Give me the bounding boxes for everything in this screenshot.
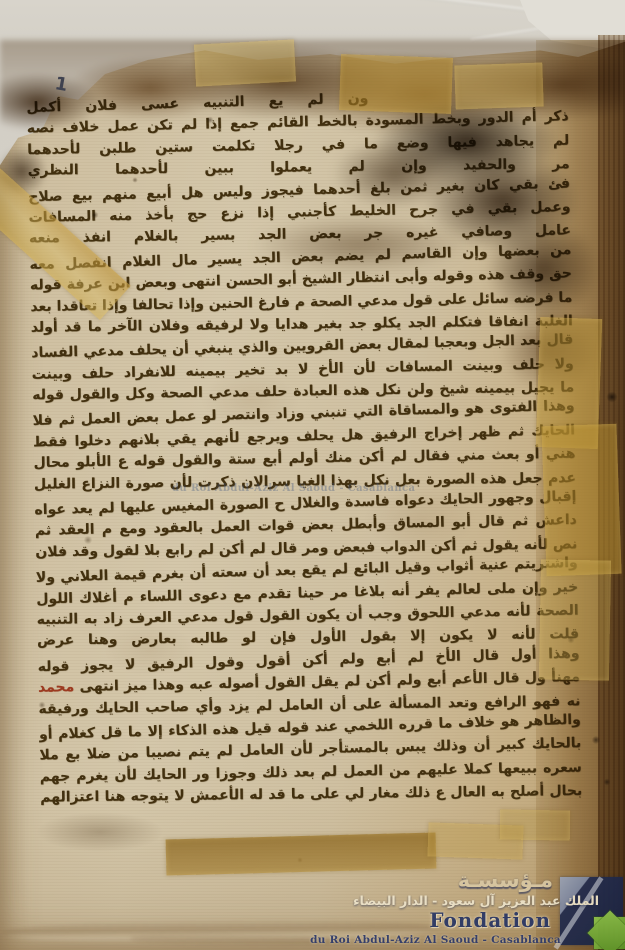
foundation-logo-icon bbox=[560, 877, 623, 945]
foundation-latin-name: du Roi Abdul-Aziz Al Saoud - Casablanca bbox=[310, 934, 561, 946]
foundation-arabic-name: الملك عبد العزيز آل سعود - الدار البيضاء bbox=[353, 893, 599, 908]
foundation-latin-title: Fondation bbox=[429, 908, 551, 932]
foundation-arabic-title: مـؤسسـة bbox=[458, 868, 553, 892]
faint-copyright-watermark: du Roi Abdul-Aziz Al Saoud - Casablanca bbox=[172, 483, 472, 494]
manuscript-text-block: ون لم يع التنبيه عسى فلان أكملذكر أم الد… bbox=[26, 84, 582, 811]
manuscript-photo: { "document": { "folio_number": "1" }, "… bbox=[0, 0, 625, 950]
backing-paper-flap bbox=[520, 0, 625, 52]
foundation-watermark: مـؤسسـة الملك عبد العزيز آل سعود - الدار… bbox=[325, 872, 625, 950]
folio-number: 1 bbox=[53, 73, 69, 96]
eight-pointed-star-icon bbox=[587, 910, 625, 950]
